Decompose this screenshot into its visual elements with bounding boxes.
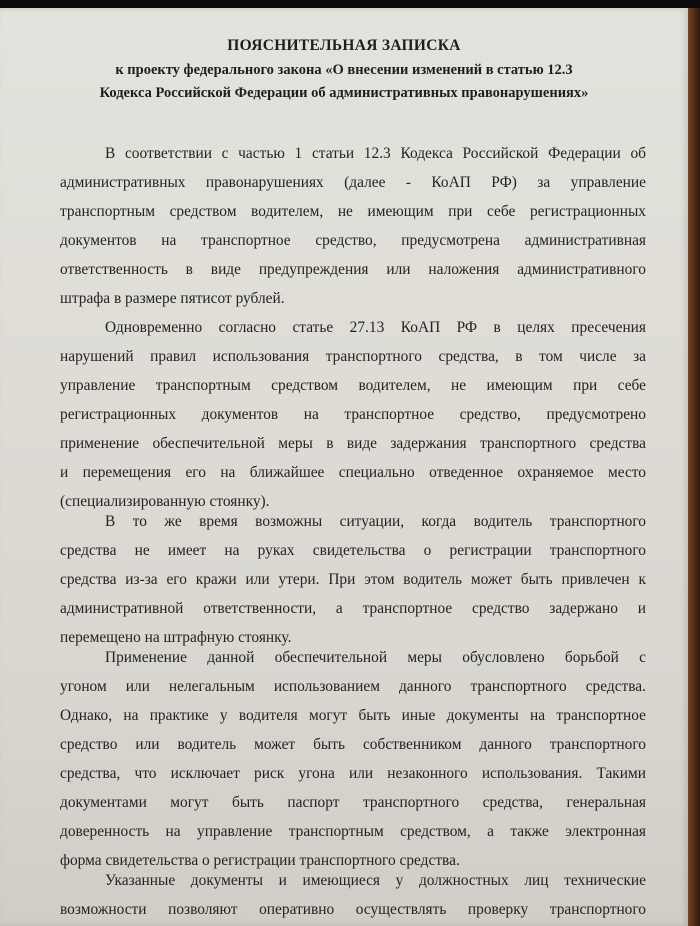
text-line: доверенность на управление транспортным …	[60, 822, 646, 842]
text-line: ответственность в виде предупреждения ил…	[60, 260, 646, 280]
document-subtitle-line-1: к проекту федерального закона «О внесени…	[0, 62, 688, 79]
photo-top-edge	[0, 0, 700, 8]
text-line: административной ответственности, а тран…	[60, 599, 646, 619]
text-line: административных правонарушениях (далее …	[60, 173, 646, 193]
text-line: документами могут быть паспорт транспорт…	[60, 793, 646, 813]
text-line: регистрационных документов на транспортн…	[60, 405, 646, 425]
text-line: (специализированную стоянку).	[60, 492, 646, 512]
text-line: угоном или нелегальным использованием да…	[60, 677, 646, 697]
document-page: ПОЯСНИТЕЛЬНАЯ ЗАПИСКА к проекту федераль…	[0, 8, 688, 926]
text-line: В то же время возможны ситуации, когда в…	[60, 512, 646, 532]
text-line: Одновременно согласно статье 27.13 КоАП …	[60, 318, 646, 338]
text-line: перемещено на штрафную стоянку.	[60, 628, 646, 648]
text-line: средства не имеет на руках свидетельства…	[60, 541, 646, 561]
text-line: возможности позволяют оперативно осущест…	[60, 900, 646, 920]
text-line: Применение данной обеспечительной меры о…	[60, 648, 646, 668]
text-line: транспортным средством водителем, не име…	[60, 202, 646, 222]
text-line: Однако, на практике у водителя могут быт…	[60, 706, 646, 726]
text-line: Указанные документы и имеющиеся у должно…	[60, 871, 646, 891]
text-line: форма свидетельства о регистрации трансп…	[60, 851, 646, 871]
text-line: средства, что исключает риск угона или н…	[60, 764, 646, 784]
text-line: средства из-за его кражи или утери. При …	[60, 570, 646, 590]
wooden-table-edge	[688, 8, 700, 926]
text-line: нарушений правил использования транспорт…	[60, 347, 646, 367]
document-subtitle-line-2: Кодекса Российской Федерации об админист…	[0, 85, 688, 102]
text-line: управление транспортным средством водите…	[60, 376, 646, 396]
document-title: ПОЯСНИТЕЛЬНАЯ ЗАПИСКА	[0, 37, 688, 55]
text-line: документов на транспортное средство, пре…	[60, 231, 646, 251]
text-line: применение обеспечительной меры в виде з…	[60, 434, 646, 454]
text-line: штрафа в размере пятисот рублей.	[60, 289, 646, 309]
text-line: и перемещения его на ближайшее специальн…	[60, 463, 646, 483]
text-line: средство или водитель может быть собстве…	[60, 735, 646, 755]
text-line: В соответствии с частью 1 статьи 12.3 Ко…	[60, 144, 646, 164]
